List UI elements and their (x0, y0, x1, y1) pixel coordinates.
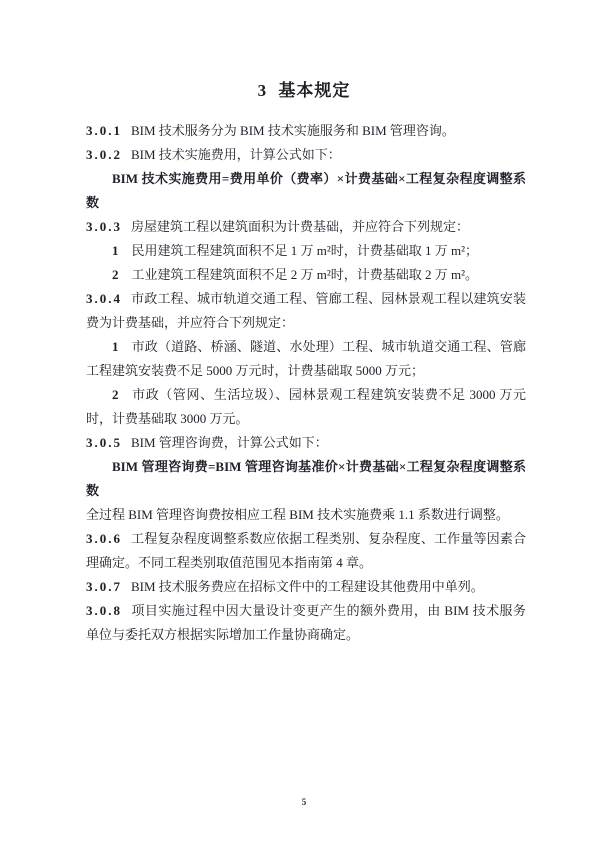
paragraph-text: BIM 技术服务分为 BIM 技术实施服务和 BIM 管理咨询。 (131, 123, 455, 138)
paragraph: 1市政（道路、桥涵、隧道、水处理）工程、城市轨道交通工程、管廊工程建筑安装费不足… (86, 335, 526, 383)
paragraph-text: BIM 技术服务费应在招标文件中的工程建设其他费用中单列。 (131, 579, 484, 594)
formula-text: BIM 管理咨询费=BIM 管理咨询基准价×计费基础×工程复杂程度调整系数 (86, 459, 526, 498)
paragraph-text: 民用建筑工程建筑面积不足 1 万 m²时，计费基础取 1 万 m²； (132, 243, 479, 258)
page-title: 3 基本规定 (0, 76, 608, 101)
paragraph-text: 市政（管网、生活垃圾）、园林景观工程建筑安装费不足 3000 万元时，计费基础取… (86, 387, 526, 426)
paragraph-text: 工程复杂程度调整系数应依据工程类别、复杂程度、工作量等因素合理确定。不同工程类别… (86, 531, 526, 570)
clause-number: 3.0.7 (86, 579, 131, 594)
page-number: 5 (0, 797, 608, 807)
document-body: 3.0.1BIM 技术服务分为 BIM 技术实施服务和 BIM 管理咨询。3.0… (86, 119, 526, 647)
paragraph: 3.0.4市政工程、城市轨道交通工程、管廊工程、园林景观工程以建筑安装费为计费基… (86, 287, 526, 335)
paragraph: 1民用建筑工程建筑面积不足 1 万 m²时，计费基础取 1 万 m²； (86, 239, 526, 263)
paragraph-text: BIM 技术实施费用，计算公式如下： (131, 147, 341, 162)
paragraph: 3.0.2BIM 技术实施费用，计算公式如下： (86, 143, 526, 167)
clause-number: 3.0.3 (86, 219, 131, 234)
paragraph: 全过程 BIM 管理咨询费按相应工程 BIM 技术实施费乘 1.1 系数进行调整… (86, 503, 526, 527)
formula-text: BIM 技术实施费用=费用单价（费率）×计费基础×工程复杂程度调整系数 (86, 171, 526, 210)
clause-number: 3.0.8 (86, 603, 131, 618)
item-number: 2 (112, 387, 132, 402)
paragraph-text: 工业建筑工程建筑面积不足 2 万 m²时，计费基础取 2 万 m²。 (132, 267, 479, 282)
paragraph: 2工业建筑工程建筑面积不足 2 万 m²时，计费基础取 2 万 m²。 (86, 263, 526, 287)
paragraph: 2市政（管网、生活垃圾）、园林景观工程建筑安装费不足 3000 万元时，计费基础… (86, 383, 526, 431)
paragraph-text: 全过程 BIM 管理咨询费按相应工程 BIM 技术实施费乘 1.1 系数进行调整… (86, 507, 509, 522)
paragraph: BIM 技术实施费用=费用单价（费率）×计费基础×工程复杂程度调整系数 (86, 167, 526, 215)
paragraph: 3.0.1BIM 技术服务分为 BIM 技术实施服务和 BIM 管理咨询。 (86, 119, 526, 143)
clause-number: 3.0.4 (86, 291, 131, 306)
clause-number: 3.0.1 (86, 123, 131, 138)
paragraph: 3.0.3房屋建筑工程以建筑面积为计费基础，并应符合下列规定： (86, 215, 526, 239)
paragraph: 3.0.7BIM 技术服务费应在招标文件中的工程建设其他费用中单列。 (86, 575, 526, 599)
document-page: 3 基本规定 3.0.1BIM 技术服务分为 BIM 技术实施服务和 BIM 管… (0, 0, 608, 864)
clause-number: 3.0.6 (86, 531, 131, 546)
paragraph: 3.0.5BIM 管理咨询费，计算公式如下： (86, 431, 526, 455)
paragraph-text: 项目实施过程中因大量设计变更产生的额外费用，由 BIM 技术服务单位与委托双方根… (86, 603, 526, 642)
clause-number: 3.0.2 (86, 147, 131, 162)
paragraph: 3.0.8项目实施过程中因大量设计变更产生的额外费用，由 BIM 技术服务单位与… (86, 599, 526, 647)
clause-number: 3.0.5 (86, 435, 131, 450)
paragraph: BIM 管理咨询费=BIM 管理咨询基准价×计费基础×工程复杂程度调整系数 (86, 455, 526, 503)
paragraph: 3.0.6工程复杂程度调整系数应依据工程类别、复杂程度、工作量等因素合理确定。不… (86, 527, 526, 575)
paragraph-text: 市政（道路、桥涵、隧道、水处理）工程、城市轨道交通工程、管廊工程建筑安装费不足 … (86, 339, 526, 378)
item-number: 1 (112, 243, 132, 258)
paragraph-text: 房屋建筑工程以建筑面积为计费基础，并应符合下列规定： (131, 219, 469, 234)
paragraph-text: BIM 管理咨询费，计算公式如下： (131, 435, 328, 450)
paragraph-text: 市政工程、城市轨道交通工程、管廊工程、园林景观工程以建筑安装费为计费基础，并应符… (86, 291, 526, 330)
item-number: 1 (112, 339, 132, 354)
item-number: 2 (112, 267, 132, 282)
